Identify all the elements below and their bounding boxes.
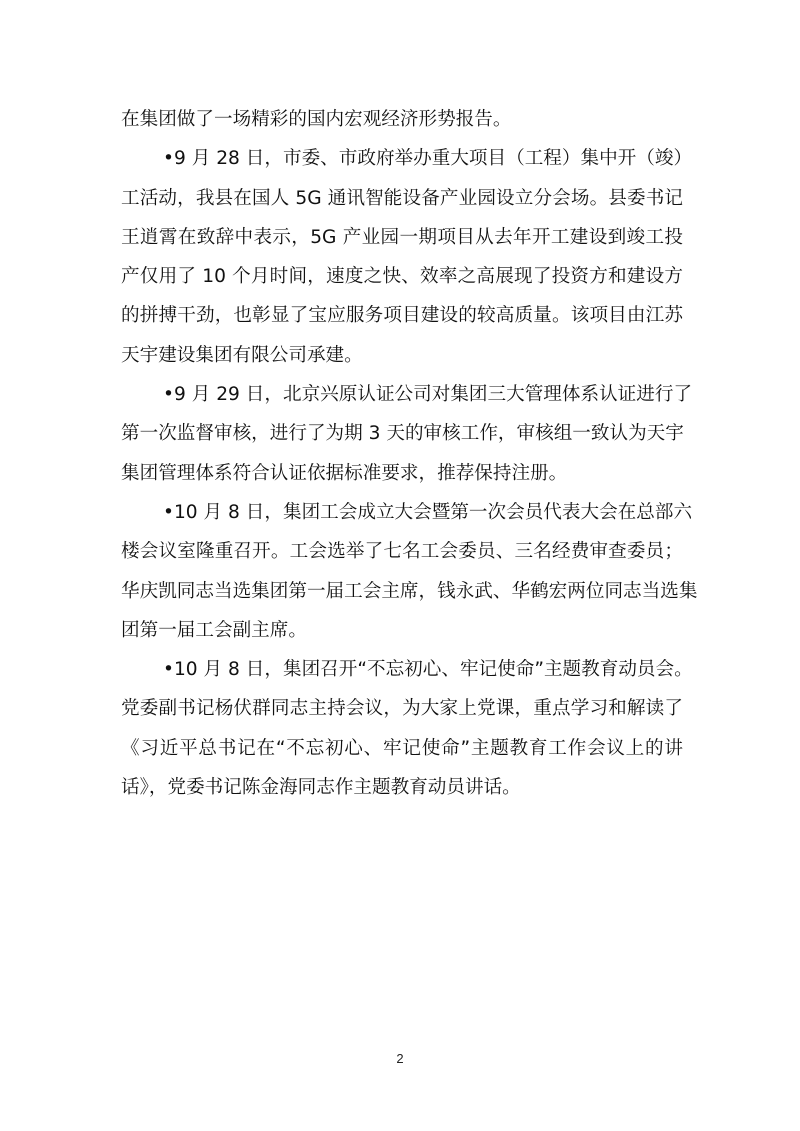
text-line: 天宇建设集团有限公司承建。 [121,336,683,375]
text-line: 王逍霄在致辞中表示，5G 产业园一期项目从去年开工建设到竣工投 [121,218,683,257]
text-line: 《习近平总书记在“不忘初心、牢记使命”主题教育工作会议上的讲 [121,729,683,768]
paragraph-sept-28: •9 月 28 日，市委、市政府举办重大项目（工程）集中开（竣） 工活动，我县在… [121,139,683,375]
text-line: 在集团做了一场精彩的国内宏观经济形势报告。 [121,100,683,139]
paragraph-oct-8-education: •10 月 8 日，集团召开“不忘初心、牢记使命”主题教育动员会。 党委副书记杨… [121,650,683,807]
document-body: 在集团做了一场精彩的国内宏观经济形势报告。 •9 月 28 日，市委、市政府举办… [121,100,683,807]
text-line: 集团管理体系符合认证依据标准要求，推荐保持注册。 [121,454,683,493]
document-page: 在集团做了一场精彩的国内宏观经济形势报告。 •9 月 28 日，市委、市政府举办… [0,0,800,1131]
text-line: 楼会议室隆重召开。工会选举了七名工会委员、三名经费审查委员； [121,532,683,571]
text-line: 华庆凯同志当选集团第一届工会主席，钱永武、华鹤宏两位同志当选集 [121,572,683,611]
text-line: 党委副书记杨伏群同志主持会议，为大家上党课，重点学习和解读了 [121,689,683,728]
text-line: •10 月 8 日，集团召开“不忘初心、牢记使命”主题教育动员会。 [121,650,683,689]
page-number: 2 [0,1051,800,1066]
text-line: •9 月 29 日，北京兴原认证公司对集团三大管理体系认证进行了 [121,375,683,414]
text-line: 的拼搏干劲，也彰显了宝应服务项目建设的较高质量。该项目由江苏 [121,296,683,335]
paragraph-continuation: 在集团做了一场精彩的国内宏观经济形势报告。 [121,100,683,139]
text-line: 团第一届工会副主席。 [121,611,683,650]
text-line: 第一次监督审核，进行了为期 3 天的审核工作，审核组一致认为天宇 [121,414,683,453]
text-line: 话》，党委书记陈金海同志作主题教育动员讲话。 [121,768,683,807]
paragraph-oct-8-union: •10 月 8 日，集团工会成立大会暨第一次会员代表大会在总部六 楼会议室隆重召… [121,493,683,650]
text-line: 工活动，我县在国人 5G 通讯智能设备产业园设立分会场。县委书记 [121,179,683,218]
text-line: 产仅用了 10 个月时间，速度之快、效率之高展现了投资方和建设方 [121,257,683,296]
text-line: •9 月 28 日，市委、市政府举办重大项目（工程）集中开（竣） [121,139,683,178]
text-line: •10 月 8 日，集团工会成立大会暨第一次会员代表大会在总部六 [121,493,683,532]
paragraph-sept-29: •9 月 29 日，北京兴原认证公司对集团三大管理体系认证进行了 第一次监督审核… [121,375,683,493]
